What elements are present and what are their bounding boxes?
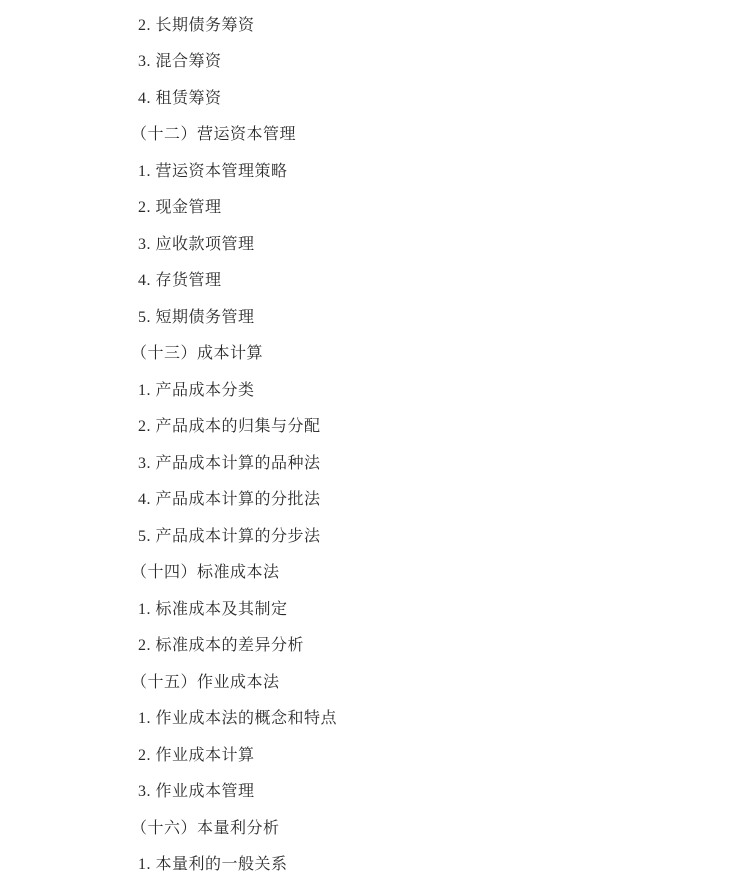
toc-item: 2. 产品成本的归集与分配	[138, 407, 695, 444]
toc-item: 4. 产品成本计算的分批法	[138, 480, 695, 517]
toc-item: 3. 混合筹资	[138, 42, 695, 79]
section-heading: （十三）成本计算	[131, 334, 695, 371]
toc-item: 4. 存货管理	[138, 261, 695, 298]
toc-item: 2. 长期债务筹资	[138, 5, 695, 42]
toc-item: 1. 标准成本及其制定	[138, 589, 695, 626]
toc-item: 1. 营运资本管理策略	[138, 151, 695, 188]
section-heading: （十五）作业成本法	[131, 662, 695, 699]
toc-item: 5. 短期债务管理	[138, 297, 695, 334]
section-heading: （十六）本量利分析	[131, 808, 695, 845]
document-page: 2. 长期债务筹资 3. 混合筹资 4. 租赁筹资 （十二）营运资本管理 1. …	[0, 0, 735, 879]
toc-item: 1. 作业成本法的概念和特点	[138, 699, 695, 736]
toc-item: 3. 作业成本管理	[138, 772, 695, 809]
toc-item: 1. 产品成本分类	[138, 370, 695, 407]
toc-item: 3. 应收款项管理	[138, 224, 695, 261]
section-heading: （十二）营运资本管理	[131, 115, 695, 152]
section-heading: （十四）标准成本法	[131, 553, 695, 590]
toc-item: 4. 租赁筹资	[138, 78, 695, 115]
toc-item: 2. 作业成本计算	[138, 735, 695, 772]
toc-item: 2. 现金管理	[138, 188, 695, 225]
toc-item: 1. 本量利的一般关系	[138, 845, 695, 879]
toc-item: 2. 标准成本的差异分析	[138, 626, 695, 663]
toc-item: 5. 产品成本计算的分步法	[138, 516, 695, 553]
toc-item: 3. 产品成本计算的品种法	[138, 443, 695, 480]
